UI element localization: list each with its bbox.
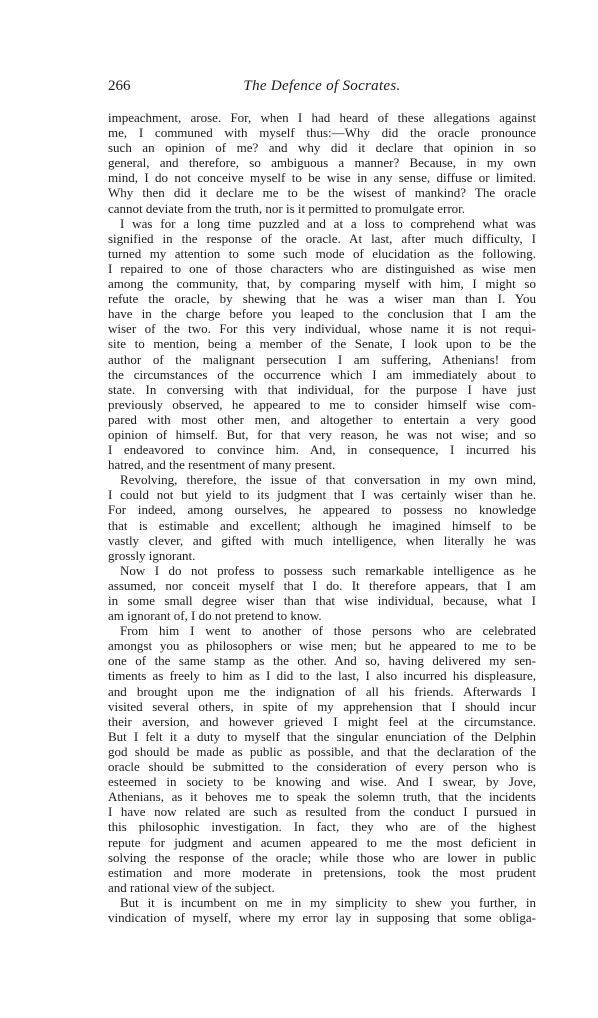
text-line: state. In conversing with that individua…: [108, 382, 536, 397]
text-line: I endeavored to convince him. And, in co…: [108, 442, 536, 457]
text-line: I could not but yield to its judgment th…: [108, 487, 536, 502]
running-head: 266 The Defence of Socrates.: [108, 78, 536, 100]
text-line: repute for judgment and acumen appeared …: [108, 835, 536, 850]
text-line: wiser of the two. For this very individu…: [108, 321, 536, 336]
text-line: vindication of myself, where my error la…: [108, 910, 536, 925]
text-line: But it is incumbent on me in my simplici…: [108, 895, 536, 910]
text-line: esteemed in society to be knowing and wi…: [108, 774, 536, 789]
text-line: I was for a long time puzzled and at a l…: [108, 216, 536, 231]
text-line: one of the same stamp as the other. And …: [108, 653, 536, 668]
text-line: grossly ignorant.: [108, 548, 536, 563]
text-line: previously observed, he appeared to me t…: [108, 397, 536, 412]
text-line: Now I do not profess to possess such rem…: [108, 563, 536, 578]
text-line: mind, I do not conceive myself to be wis…: [108, 170, 536, 185]
text-line: god should be made as public as possible…: [108, 744, 536, 759]
text-line: site to mention, being a member of the S…: [108, 336, 536, 351]
book-page: 266 The Defence of Socrates. impeachment…: [108, 78, 536, 925]
text-line: this philosophic investigation. In fact,…: [108, 819, 536, 834]
text-line: impeachment, arose. For, when I had hear…: [108, 110, 536, 125]
text-line: hatred, and the resentment of many prese…: [108, 457, 536, 472]
text-line: me, I communed with myself thus:—Why did…: [108, 125, 536, 140]
text-line: oracle should be submitted to the consid…: [108, 759, 536, 774]
text-line: the circumstances of the occurrence whic…: [108, 367, 536, 382]
body-text: impeachment, arose. For, when I had hear…: [108, 110, 536, 925]
text-line: Athenians, as it behoves me to speak the…: [108, 789, 536, 804]
text-line: amongst you as philosophers or wise men;…: [108, 638, 536, 653]
text-line: and rational view of the subject.: [108, 880, 536, 895]
text-line: pared with most other men, and altogethe…: [108, 412, 536, 427]
running-title: The Defence of Socrates.: [108, 78, 536, 95]
text-line: For indeed, among ourselves, he appeared…: [108, 502, 536, 517]
text-line: But I felt it a duty to myself that the …: [108, 729, 536, 744]
text-line: signified in the response of the oracle.…: [108, 231, 536, 246]
text-line: cannot deviate from the truth, nor is it…: [108, 201, 536, 216]
text-line: and brought upon me the indignation of a…: [108, 684, 536, 699]
text-line: assumed, nor conceit myself that I do. I…: [108, 578, 536, 593]
text-line: that is estimable and excellent; althoug…: [108, 518, 536, 533]
text-line: visited several others, in spite of my a…: [108, 699, 536, 714]
text-line: estimation and more moderate in pretensi…: [108, 865, 536, 880]
text-line: From him I went to another of those pers…: [108, 623, 536, 638]
text-line: solving the response of the oracle; whil…: [108, 850, 536, 865]
text-line: turned my attention to some such mode of…: [108, 246, 536, 261]
text-line: refute the oracle, by shewing that he wa…: [108, 291, 536, 306]
text-line: author of the malignant persecution I am…: [108, 352, 536, 367]
text-line: in some small degree wiser than that wis…: [108, 593, 536, 608]
text-line: I have now related are such as resulted …: [108, 804, 536, 819]
text-line: among the community, that, by comparing …: [108, 276, 536, 291]
text-line: am ignorant of, I do not pretend to know…: [108, 608, 536, 623]
text-line: Why then did it declare me to be the wis…: [108, 185, 536, 200]
text-line: vastly clever, and gifted with much inte…: [108, 533, 536, 548]
text-line: such an opinion of me? and why did it de…: [108, 140, 536, 155]
text-line: Revolving, therefore, the issue of that …: [108, 472, 536, 487]
text-line: opinion of himself. But, for that very r…: [108, 427, 536, 442]
text-line: their aversion, and however grieved I mi…: [108, 714, 536, 729]
text-line: I repaired to one of those characters wh…: [108, 261, 536, 276]
text-line: timents as freely to him as I did to the…: [108, 668, 536, 683]
text-line: have in the charge before you leaped to …: [108, 306, 536, 321]
text-line: general, and therefore, so ambiguous a m…: [108, 155, 536, 170]
